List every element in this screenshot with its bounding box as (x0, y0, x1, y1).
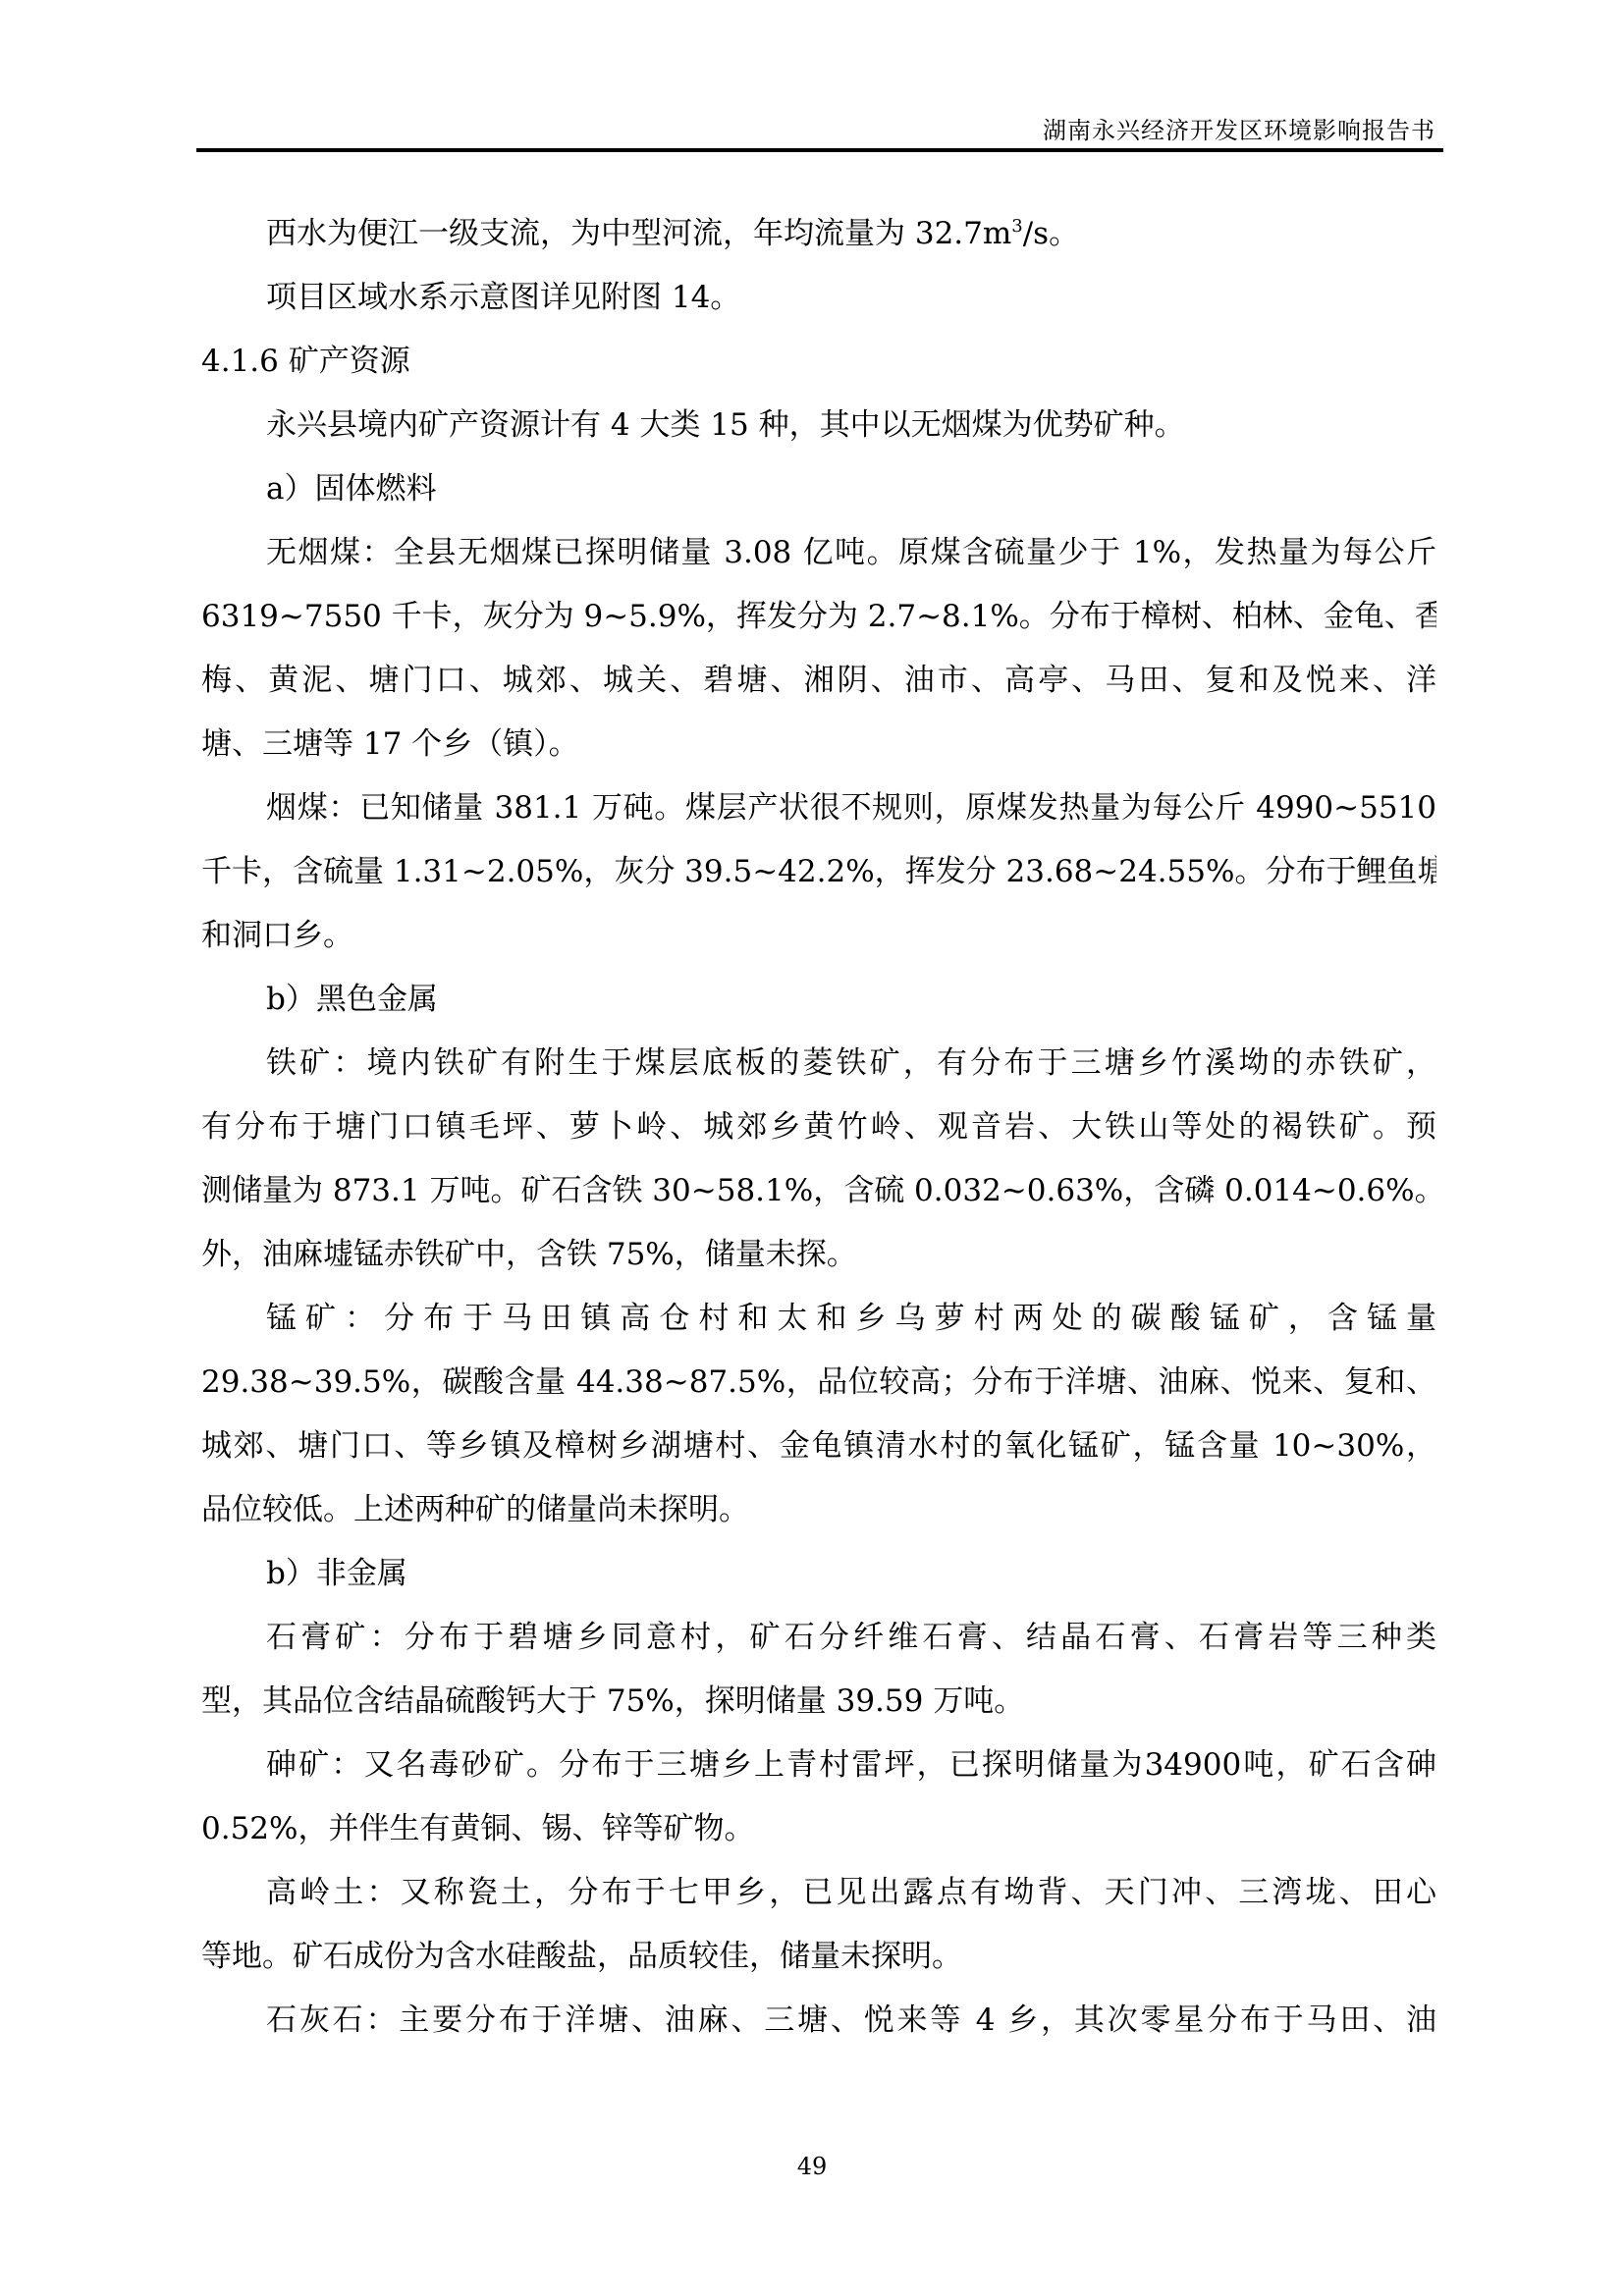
paragraph-limestone: 石灰石：主要分布于洋塘、油麻、三塘、悦来等 4 乡，其次零星分布于马田、油 (201, 1989, 1436, 2053)
paragraph-manganese: 锰矿：分布于马田镇高仓村和太和乡乌萝村两处的碳酸锰矿，含锰量 29.38~39.… (201, 1287, 1436, 1542)
text-line: 无烟煤：全县无烟煤已探明储量 3.08 亿吨。原煤含硫量少于 1%，发热量为每公… (201, 521, 1436, 585)
text-line: 锰矿：分布于马田镇高仓村和太和乡乌萝村两处的碳酸锰矿，含锰量 (201, 1287, 1436, 1351)
superscript: 3 (1011, 216, 1022, 237)
text-span: 西水为便江一级支流，为中型河流，年均流量为 32.7m (266, 216, 1011, 251)
text-line: 外，油麻墟锰赤铁矿中，含铁 75%，储量未探。 (201, 1223, 1436, 1287)
text-line: 砷矿：又名毒砂矿。分布于三塘乡上青村雷坪，已探明储量为34900吨，矿石含砷 (201, 1734, 1436, 1797)
paragraph-arsenic: 砷矿：又名毒砂矿。分布于三塘乡上青村雷坪，已探明储量为34900吨，矿石含砷 0… (201, 1734, 1436, 1861)
subheading-non-metals: b）非金属 (201, 1542, 1436, 1606)
text-line: 高岭土：又称瓷土，分布于七甲乡，已见出露点有坳背、天门冲、三湾垅、田心 (201, 1861, 1436, 1925)
text-line: 型，其品位含结晶硫酸钙大于 75%，探明储量 39.59 万吨。 (201, 1670, 1436, 1734)
text-line: 千卡，含硫量 1.31~2.05%，灰分 39.5~42.2%，挥发分 23.6… (201, 840, 1436, 904)
text-line: 0.52%，并伴生有黄铜、锡、锌等矿物。 (201, 1797, 1436, 1861)
paragraph-gypsum: 石膏矿：分布于碧塘乡同意村，矿石分纤维石膏、结晶石膏、石膏岩等三种类 型，其品位… (201, 1606, 1436, 1734)
paragraph-water-system-ref: 项目区域水系示意图详见附图 14。 (201, 266, 1436, 330)
subheading-ferrous-metals: b）黑色金属 (201, 968, 1436, 1032)
text-line: 石膏矿：分布于碧塘乡同意村，矿石分纤维石膏、结晶石膏、石膏岩等三种类 (201, 1606, 1436, 1670)
text-line: 有分布于塘门口镇毛坪、萝卜岭、城郊乡黄竹岭、观音岩、大铁山等处的褐铁矿。预 (201, 1095, 1436, 1159)
running-header-title: 湖南永兴经济开发区环境影响报告书 (1043, 116, 1435, 145)
text-line: 等地。矿石成份为含水硅酸盐，品质较佳，储量未探明。 (201, 1925, 1436, 1989)
paragraph-mineral-overview: 永兴县境内矿产资源计有 4 大类 15 种，其中以无烟煤为优势矿种。 (201, 394, 1436, 457)
page-body: 西水为便江一级支流，为中型河流，年均流量为 32.7m3/s。 项目区域水系示意… (201, 202, 1436, 2053)
text-line: 石灰石：主要分布于洋塘、油麻、三塘、悦来等 4 乡，其次零星分布于马田、油 (201, 1989, 1436, 2053)
text-line: 和洞口乡。 (201, 904, 1436, 968)
header-rule (196, 148, 1443, 152)
paragraph-iron: 铁矿：境内铁矿有附生于煤层底板的菱铁矿，有分布于三塘乡竹溪坳的赤铁矿， 有分布于… (201, 1032, 1436, 1287)
text-line: 塘、三塘等 17 个乡（镇）。 (201, 713, 1436, 776)
paragraph-kaolin: 高岭土：又称瓷土，分布于七甲乡，已见出露点有坳背、天门冲、三湾垅、田心 等地。矿… (201, 1861, 1436, 1989)
section-heading: 4.1.6 矿产资源 (201, 330, 1436, 394)
paragraph-bituminous: 烟煤：已知储量 381.1 万砘。煤层产状很不规则，原煤发热量为每公斤 4990… (201, 776, 1436, 968)
text-line: 城郊、塘门口、等乡镇及樟树乡湖塘村、金龟镇清水村的氧化锰矿，锰含量 10~30%… (201, 1415, 1436, 1478)
paragraph-anthracite: 无烟煤：全县无烟煤已探明储量 3.08 亿吨。原煤含硫量少于 1%，发热量为每公… (201, 521, 1436, 776)
text-span: /s。 (1023, 216, 1079, 251)
paragraph-xishui-river: 西水为便江一级支流，为中型河流，年均流量为 32.7m3/s。 (201, 202, 1436, 266)
text-line: 铁矿：境内铁矿有附生于煤层底板的菱铁矿，有分布于三塘乡竹溪坳的赤铁矿， (201, 1032, 1436, 1095)
text-line: 测储量为 873.1 万吨。矿石含铁 30~58.1%，含硫 0.032~0.6… (201, 1159, 1436, 1223)
text-line: 梅、黄泥、塘门口、城郊、城关、碧塘、湘阴、油市、高亭、马田、复和及悦来、洋 (201, 649, 1436, 713)
page-number: 49 (0, 2152, 1624, 2181)
text-line: 品位较低。上述两种矿的储量尚未探明。 (201, 1478, 1436, 1542)
subheading-solid-fuel: a）固体燃料 (201, 457, 1436, 521)
text-line: 烟煤：已知储量 381.1 万砘。煤层产状很不规则，原煤发热量为每公斤 4990… (201, 776, 1436, 840)
text-line: 29.38~39.5%，碳酸含量 44.38~87.5%，品位较高；分布于洋塘、… (201, 1351, 1436, 1415)
text-line: 6319~7550 千卡，灰分为 9~5.9%，挥发分为 2.7~8.1%。分布… (201, 585, 1436, 649)
